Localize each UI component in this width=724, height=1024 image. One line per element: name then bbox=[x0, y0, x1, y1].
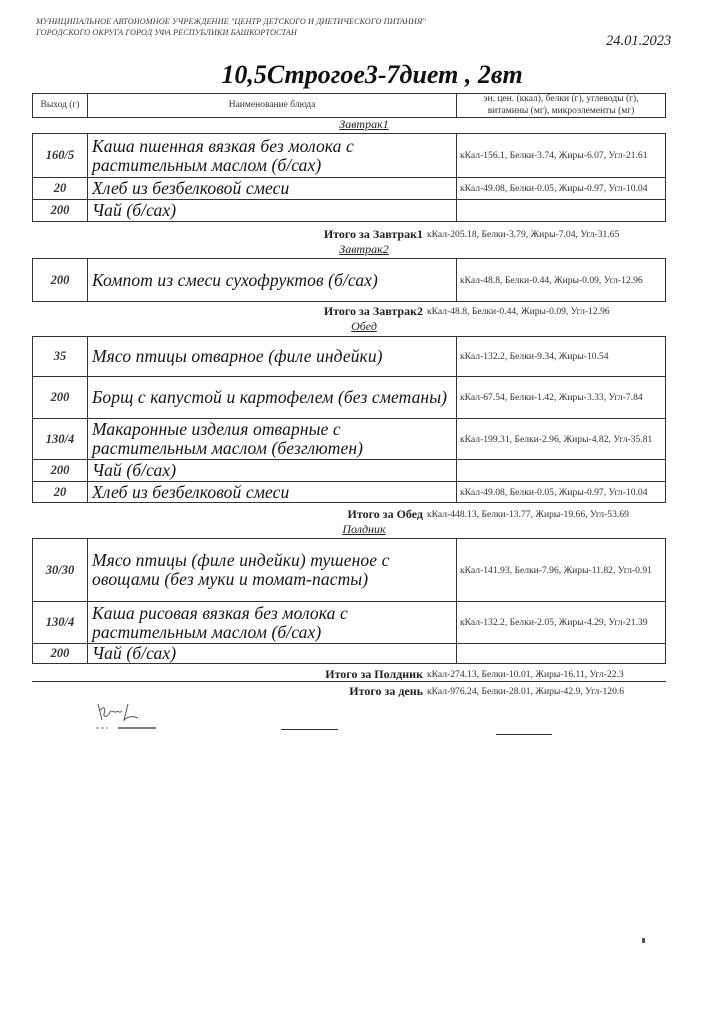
column-header-yield: Выход (г) bbox=[33, 94, 88, 117]
nutrition-cell: кКал-67.54, Белки-1.42, Жиры-3.33, Угл-7… bbox=[457, 377, 665, 418]
section-total-breakfast2: Итого за Завтрак2 кКал-48.8, Белки-0.44,… bbox=[32, 304, 666, 318]
dish-cell: Чай (б/сах) bbox=[88, 460, 457, 481]
yield-cell: 20 bbox=[33, 482, 88, 502]
total-label: Итого за Завтрак2 bbox=[32, 304, 425, 319]
scan-speck bbox=[642, 938, 645, 943]
nutrition-cell: кКал-156.1, Белки-3.74, Жиры-6.07, Угл-2… bbox=[457, 134, 665, 177]
table-row: 200 Компот из смеси сухофруктов (б/сах) … bbox=[33, 259, 665, 301]
nutrition-cell bbox=[457, 644, 665, 663]
nutrition-cell: кКал-49.08, Белки-0.05, Жиры-0.97, Угл-1… bbox=[457, 178, 665, 199]
section-total-breakfast1: Итого за Завтрак1 кКал-205.18, Белки-3.7… bbox=[32, 227, 666, 241]
signature-line bbox=[496, 734, 552, 735]
yield-cell: 160/5 bbox=[33, 134, 88, 177]
section-title-lunch: Обед bbox=[0, 319, 724, 334]
dish-cell: Хлеб из безбелковой смеси bbox=[88, 178, 457, 199]
signature-mark bbox=[94, 700, 156, 732]
table-row: 35 Мясо птицы отварное (филе индейки) кК… bbox=[33, 337, 665, 376]
section-table-snack: 30/30 Мясо птицы (филе индейки) тушеное … bbox=[32, 538, 666, 664]
dish-cell: Чай (б/сах) bbox=[88, 644, 457, 663]
total-value: кКал-448.13, Белки-13.77, Жиры-19.66, Уг… bbox=[425, 509, 666, 520]
dish-cell: Хлеб из безбелковой смеси bbox=[88, 482, 457, 502]
dish-cell: Борщ с капустой и картофелем (без сметан… bbox=[88, 377, 457, 418]
yield-cell: 20 bbox=[33, 178, 88, 199]
table-row: 130/4 Каша рисовая вязкая без молока с р… bbox=[33, 601, 665, 643]
table-row: 30/30 Мясо птицы (филе индейки) тушеное … bbox=[33, 539, 665, 601]
document-date: 24.01.2023 bbox=[606, 33, 671, 50]
total-value: кКал-205.18, Белки-3.79, Жиры-7.04, Угл-… bbox=[425, 229, 666, 240]
section-title-snack: Полдник bbox=[0, 522, 724, 537]
total-label: Итого за Завтрак1 bbox=[32, 227, 425, 242]
yield-cell: 35 bbox=[33, 337, 88, 376]
table-row: 20 Хлеб из безбелковой смеси кКал-49.08,… bbox=[33, 481, 665, 502]
day-total-label: Итого за день bbox=[32, 684, 425, 699]
day-total: Итого за день кКал-976.24, Белки-28.01, … bbox=[32, 684, 666, 698]
dish-cell: Каша рисовая вязкая без молока с растите… bbox=[88, 602, 457, 643]
dish-cell: Мясо птицы (филе индейки) тушеное с овощ… bbox=[88, 539, 457, 601]
nutrition-cell bbox=[457, 200, 665, 221]
day-total-value: кКал-976.24, Белки-28.01, Жиры-42.9, Угл… bbox=[425, 686, 666, 697]
yield-cell: 200 bbox=[33, 644, 88, 663]
nutrition-cell: кКал-49.08, Белки-0.05, Жиры-0.97, Угл-1… bbox=[457, 482, 665, 502]
yield-cell: 200 bbox=[33, 460, 88, 481]
nutrition-cell: кКал-141.93, Белки-7.96, Жиры-11.82, Угл… bbox=[457, 539, 665, 601]
yield-cell: 30/30 bbox=[33, 539, 88, 601]
section-title-breakfast2: Завтрак2 bbox=[0, 242, 724, 257]
table-row: 200 Чай (б/сах) bbox=[33, 199, 665, 221]
total-value: кКал-274.13, Белки-10.01, Жиры-16.11, Уг… bbox=[425, 669, 666, 680]
signature-line bbox=[281, 729, 338, 730]
section-total-snack: Итого за Полдник кКал-274.13, Белки-10.0… bbox=[32, 667, 666, 681]
column-header-dish: Наименование блюда bbox=[88, 94, 457, 117]
table-row: 130/4 Макаронные изделия отварные с раст… bbox=[33, 418, 665, 459]
dish-cell: Макаронные изделия отварные с растительн… bbox=[88, 419, 457, 459]
column-header-nutrition: эн. цен. (ккал), белки (г), углеводы (г)… bbox=[457, 94, 665, 117]
table-row: 200 Борщ с капустой и картофелем (без см… bbox=[33, 376, 665, 418]
nutrition-cell bbox=[457, 460, 665, 481]
table-row: 200 Чай (б/сах) bbox=[33, 643, 665, 663]
yield-cell: 200 bbox=[33, 259, 88, 301]
section-table-breakfast1: 160/5 Каша пшенная вязкая без молока с р… bbox=[32, 133, 666, 222]
nutrition-cell: кКал-199.31, Белки-2.96, Жиры-4.82, Угл-… bbox=[457, 419, 665, 459]
yield-cell: 200 bbox=[33, 200, 88, 221]
yield-cell: 130/4 bbox=[33, 602, 88, 643]
section-total-lunch: Итого за Обед кКал-448.13, Белки-13.77, … bbox=[32, 507, 666, 521]
nutrition-cell: кКал-48.8, Белки-0.44, Жиры-0.09, Угл-12… bbox=[457, 259, 665, 301]
yield-cell: 130/4 bbox=[33, 419, 88, 459]
total-label: Итого за Обед bbox=[32, 507, 425, 522]
table-row: 160/5 Каша пшенная вязкая без молока с р… bbox=[33, 134, 665, 177]
table-row: 200 Чай (б/сах) bbox=[33, 459, 665, 481]
dish-cell: Каша пшенная вязкая без молока с растите… bbox=[88, 134, 457, 177]
divider bbox=[32, 681, 666, 682]
organization-name: Муниципальное автономное учреждение "Цен… bbox=[36, 17, 436, 38]
section-table-breakfast2: 200 Компот из смеси сухофруктов (б/сах) … bbox=[32, 258, 666, 302]
total-value: кКал-48.8, Белки-0.44, Жиры-0.09, Угл-12… bbox=[425, 306, 666, 317]
section-table-lunch: 35 Мясо птицы отварное (филе индейки) кК… bbox=[32, 336, 666, 503]
yield-cell: 200 bbox=[33, 377, 88, 418]
dish-cell: Компот из смеси сухофруктов (б/сах) bbox=[88, 259, 457, 301]
total-label: Итого за Полдник bbox=[32, 667, 425, 682]
dish-cell: Чай (б/сах) bbox=[88, 200, 457, 221]
table-row: 20 Хлеб из безбелковой смеси кКал-49.08,… bbox=[33, 177, 665, 199]
menu-title: 10,5Строгое3-7диет , 2вт bbox=[0, 60, 724, 90]
nutrition-cell: кКал-132.2, Белки-2.05, Жиры-4.29, Угл-2… bbox=[457, 602, 665, 643]
section-title-breakfast1: Завтрак1 bbox=[0, 117, 724, 132]
table-header: Выход (г) Наименование блюда эн. цен. (к… bbox=[32, 93, 666, 118]
nutrition-cell: кКал-132.2, Белки-9.34, Жиры-10.54 bbox=[457, 337, 665, 376]
dish-cell: Мясо птицы отварное (филе индейки) bbox=[88, 337, 457, 376]
